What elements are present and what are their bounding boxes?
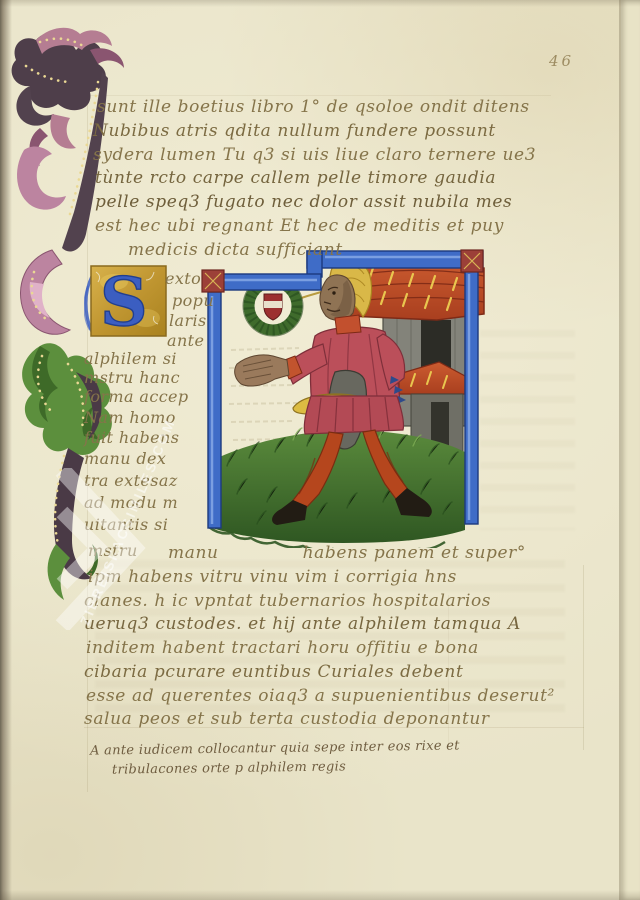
tiled-roof bbox=[333, 256, 484, 320]
text-line: salua peos et sub terta custodia deponan… bbox=[84, 711, 490, 728]
text-line: exto bbox=[165, 271, 201, 287]
text-line: pelle speq3 fugato nec dolor assit nubil… bbox=[95, 194, 512, 211]
filigree bbox=[96, 272, 158, 324]
text-line: tra extesaz bbox=[84, 473, 178, 489]
footnote-line: A ante iudicem collocantur quia sepe int… bbox=[90, 739, 460, 757]
right-leg-hose bbox=[363, 430, 409, 499]
gold-ground bbox=[91, 266, 166, 336]
margin-rule-right bbox=[583, 565, 584, 750]
text-line: popu bbox=[172, 293, 214, 309]
sign-pole bbox=[295, 286, 345, 300]
text-line: est hec ubi regnant Et hec de meditis et… bbox=[95, 218, 504, 235]
collar bbox=[335, 315, 361, 334]
text-line: inditem habent tractari horu offitiu e b… bbox=[86, 640, 479, 657]
holding-hand bbox=[340, 397, 374, 415]
grass-mound bbox=[209, 424, 465, 548]
text-line: manu habens panem et super° bbox=[168, 545, 526, 562]
text-line: ante bbox=[167, 333, 204, 349]
text-line: alphilem si bbox=[84, 351, 177, 367]
text-line: forma accep bbox=[84, 389, 189, 405]
tunic bbox=[311, 327, 400, 422]
text-line: clanes. h ic vpntat tubernarios hospital… bbox=[84, 593, 491, 610]
miniature-illustration bbox=[197, 246, 489, 548]
folio-number: 46 bbox=[549, 52, 574, 70]
house bbox=[333, 256, 484, 478]
left-leg-hose bbox=[291, 432, 343, 509]
man-figure bbox=[235, 260, 432, 525]
grey-hide bbox=[333, 340, 367, 374]
show-through-text bbox=[480, 330, 575, 530]
yellow-shoe bbox=[293, 395, 371, 415]
corner-square bbox=[461, 250, 483, 272]
left-sleeve bbox=[285, 344, 327, 384]
left-shoe bbox=[272, 500, 307, 525]
page-edge bbox=[621, 0, 640, 900]
small-roof bbox=[399, 362, 465, 394]
right-sleeve bbox=[377, 334, 405, 390]
face bbox=[320, 275, 355, 320]
page-gutter-shadow bbox=[0, 0, 12, 900]
text-line: tùnte rcto carpe callem pelle timore gau… bbox=[95, 170, 496, 187]
text-line: laris bbox=[169, 313, 207, 329]
gold-burnish bbox=[132, 309, 160, 327]
sleeve-fringe bbox=[390, 376, 406, 404]
shield-icon bbox=[264, 294, 282, 320]
ruling-line-top bbox=[86, 95, 551, 96]
text-line: cibaria pcurare euntibus Curiales debent bbox=[84, 664, 463, 681]
gold-burnish bbox=[100, 274, 128, 290]
miniature-frame bbox=[202, 250, 483, 528]
show-through-text bbox=[229, 348, 393, 460]
grey-bag bbox=[329, 370, 367, 448]
corner-square bbox=[202, 270, 224, 292]
tavern-wreath-icon bbox=[243, 276, 303, 336]
cuff bbox=[282, 356, 302, 379]
text-line: mstru hanc bbox=[84, 370, 180, 386]
text-line: sunt ille boetius libro 1° de qsoloe ond… bbox=[97, 99, 530, 116]
manuscript-page: 46 bbox=[0, 0, 640, 900]
text-line: esse ad querentes oiaq3 a supuenientibus… bbox=[86, 688, 555, 705]
initial-letter: S bbox=[100, 263, 148, 341]
open-hand bbox=[235, 355, 289, 386]
page-top-shadow bbox=[0, 0, 640, 7]
foliage-middle-hook bbox=[20, 250, 70, 334]
illuminated-initial-block: S bbox=[84, 262, 170, 342]
text-line: sydera lumen Tu q3 si uis liue claro ter… bbox=[93, 147, 536, 164]
text-line: ueruq3 custodes. et hij ante alphilem ta… bbox=[84, 616, 521, 633]
page-bottom-shadow bbox=[0, 890, 640, 900]
page-edge-line bbox=[619, 0, 621, 900]
text-line: Nubibus atris qdita nullum fundere possu… bbox=[93, 123, 496, 140]
text-line: medicis dicta sufficiant bbox=[128, 242, 343, 259]
blond-hair bbox=[330, 260, 372, 317]
shield-band bbox=[264, 301, 282, 308]
right-shoe bbox=[395, 488, 432, 517]
doorway bbox=[421, 320, 451, 378]
skirt bbox=[304, 396, 403, 434]
text-line: ipm habens vitru vinu vim i corrigia hns bbox=[88, 569, 457, 586]
footnote-line: tribulacones orte p alphilem regis bbox=[112, 760, 346, 776]
